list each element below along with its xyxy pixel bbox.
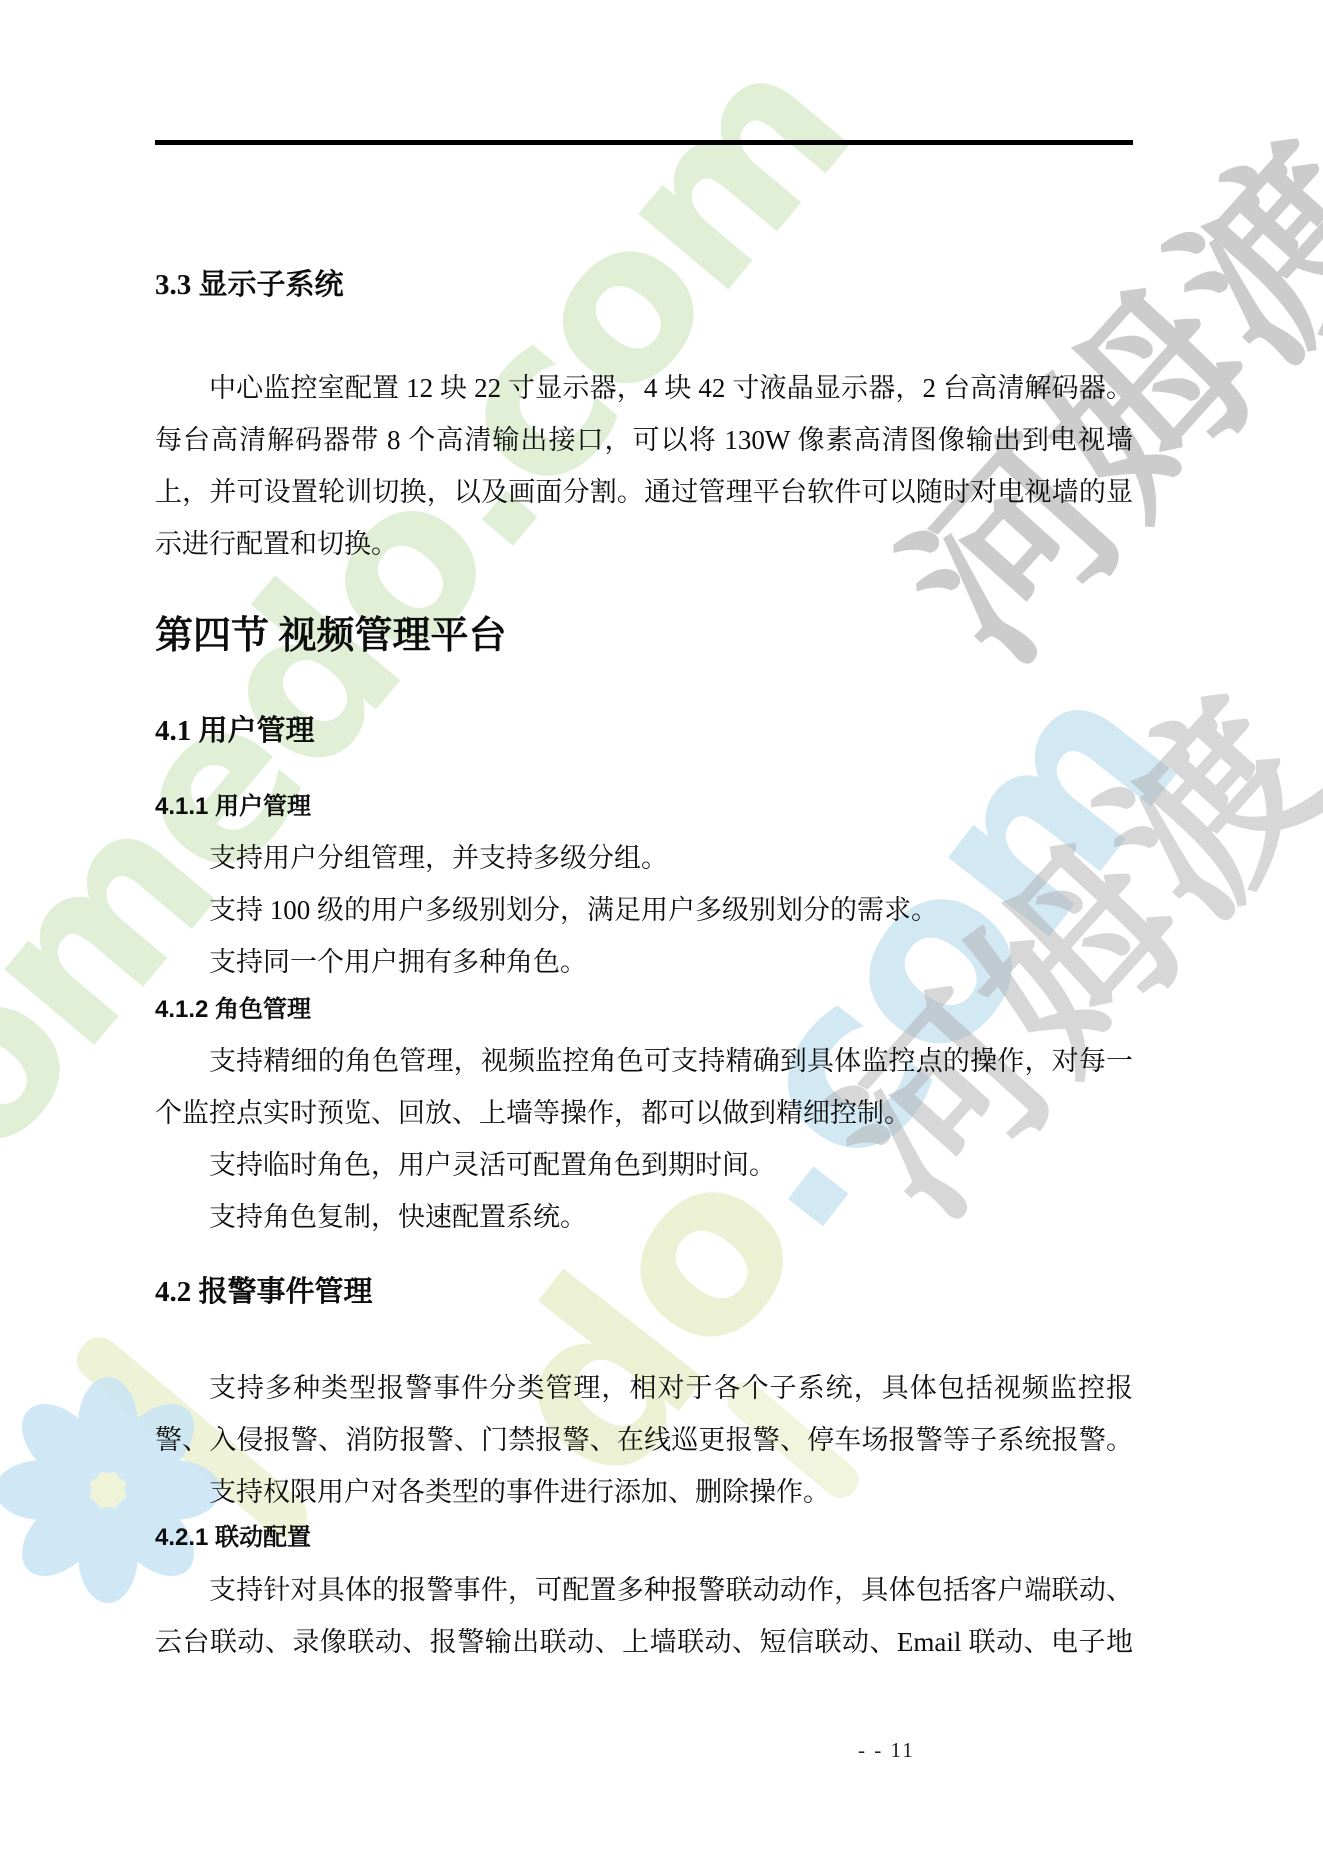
paragraph-alarm-management: 支持多种类型报警事件分类管理，相对于各个子系统，具体包括视频监控报 警、入侵报警… [155, 1362, 1133, 1518]
user-management-items: 支持用户分组管理，并支持多级分组。 支持 100 级的用户多级别划分，满足用户多… [155, 832, 1133, 988]
paragraph-line: 每台高清解码器带 8 个高清输出接口，可以将 130W 像素高清图像输出到电视墙 [155, 414, 1133, 466]
paragraph-line: 支持角色复制，快速配置系统。 [155, 1191, 1133, 1243]
page-number: - - 11 [858, 1738, 915, 1763]
paragraph-line: 支持 100 级的用户多级别划分，满足用户多级别划分的需求。 [155, 884, 1133, 936]
paragraph-line: 个监控点实时预览、回放、上墙等操作，都可以做到精细控制。 [155, 1087, 1133, 1139]
subsection-heading-4-1-2: 4.1.2 角色管理 [155, 997, 1133, 1023]
paragraph-line: 警、入侵报警、消防报警、门禁报警、在线巡更报警、停车场报警等子系统报警。 [155, 1414, 1133, 1466]
paragraph-line: 上，并可设置轮训切换，以及画面分割。通过管理平台软件可以随时对电视墙的显 [155, 466, 1133, 518]
paragraph-line: 云台联动、录像联动、报警输出联动、上墙联动、短信联动、Email 联动、电子地 [155, 1616, 1133, 1668]
paragraph-line: 支持精细的角色管理，视频监控角色可支持精确到具体监控点的操作，对每一 [155, 1035, 1133, 1087]
role-management-items: 支持临时角色，用户灵活可配置角色到期时间。 支持角色复制，快速配置系统。 [155, 1139, 1133, 1243]
paragraph-display-subsystem: 中心监控室配置 12 块 22 寸显示器，4 块 42 寸液晶显示器，2 台高清… [155, 362, 1133, 570]
paragraph-linkage-config: 支持针对具体的报警事件，可配置多种报警联动动作，具体包括客户端联动、 云台联动、… [155, 1564, 1133, 1668]
paragraph-line: 支持权限用户对各类型的事件进行添加、删除操作。 [155, 1466, 1133, 1518]
paragraph-line: 支持同一个用户拥有多种角色。 [155, 936, 1133, 988]
section-heading-4-1: 4.1 用户管理 [155, 714, 1133, 748]
paragraph-line: 示进行配置和切换。 [155, 518, 1133, 570]
paragraph-line: 中心监控室配置 12 块 22 寸显示器，4 块 42 寸液晶显示器，2 台高清… [155, 362, 1133, 414]
subsection-heading-4-2-1: 4.2.1 联动配置 [155, 1525, 1133, 1551]
chapter-heading-section-4: 第四节 视频管理平台 [155, 612, 1133, 660]
section-heading-4-2: 4.2 报警事件管理 [155, 1275, 1133, 1309]
paragraph-role-management: 支持精细的角色管理，视频监控角色可支持精确到具体监控点的操作，对每一 个监控点实… [155, 1035, 1133, 1139]
paragraph-line: 支持临时角色，用户灵活可配置角色到期时间。 [155, 1139, 1133, 1191]
document-page: homedo.com do.com 河姆渡 河姆渡 3.3 显示子系统 中心监控… [0, 0, 1323, 1871]
section-heading-3-3: 3.3 显示子系统 [155, 268, 1133, 302]
subsection-heading-4-1-1: 4.1.1 用户管理 [155, 794, 1133, 820]
document-content: 3.3 显示子系统 中心监控室配置 12 块 22 寸显示器，4 块 42 寸液… [0, 0, 1323, 1871]
paragraph-line: 支持针对具体的报警事件，可配置多种报警联动动作，具体包括客户端联动、 [155, 1564, 1133, 1616]
paragraph-line: 支持多种类型报警事件分类管理，相对于各个子系统，具体包括视频监控报 [155, 1362, 1133, 1414]
paragraph-line: 支持用户分组管理，并支持多级分组。 [155, 832, 1133, 884]
